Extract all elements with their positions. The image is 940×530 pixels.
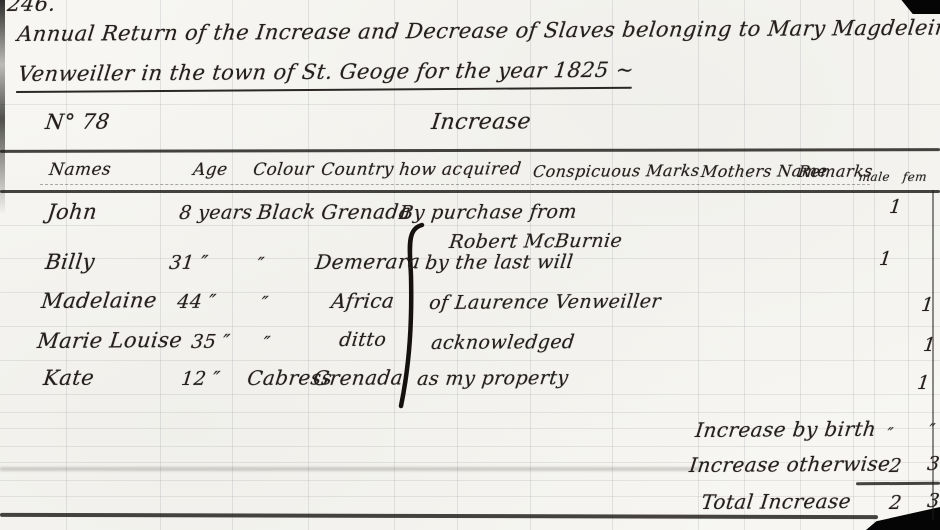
title-line-2: Venweiller in the town of St. Geoge for … [16, 58, 635, 93]
summary-total-increase-male: 2 [888, 492, 903, 514]
row-1-age: 8 years [178, 201, 254, 224]
summary-increase-by-birth-label: Increase by birth [694, 417, 878, 442]
section-heading: Increase [430, 109, 532, 135]
row-1-how-acquired: By purchase from [398, 201, 578, 224]
row-3-how-acquired: by the last will [424, 251, 574, 274]
header-male: male [858, 170, 891, 184]
header-female: fem [902, 170, 928, 184]
title-line-1: Annual Return of the Increase and Decrea… [16, 15, 940, 46]
row-5-female-count: 1 [922, 334, 937, 356]
summary-increase-by-birth-female: ″ [928, 420, 937, 439]
scanned-document-page: 246. Annual Return of the Increase and D… [0, 0, 940, 530]
header-conspicuous-marks: Conspicuous Marks [532, 161, 701, 181]
summary-increase-otherwise-female: 3 [926, 453, 940, 475]
summary-increase-otherwise-label: Increase otherwise [688, 452, 892, 477]
folio-number: 246. [6, 0, 57, 16]
row-4-how-acquired: of Laurence Venweiller [428, 290, 662, 314]
scan-edge-left [0, 0, 5, 215]
row-5-country: ditto [338, 329, 388, 351]
scan-edge-top-right [893, 0, 940, 14]
row-1-name: John [46, 200, 99, 224]
summary-increase-by-birth-male: ″ [886, 424, 895, 443]
divider-top [0, 148, 940, 153]
header-age: Age [192, 160, 229, 180]
divider-under-headers [0, 190, 940, 193]
row-6-how-acquired: as my property [416, 367, 570, 390]
row-3-colour: ″ [256, 254, 266, 275]
smudge-line [0, 467, 700, 471]
header-colour: Colour [252, 160, 315, 180]
row-3-age: 31 ″ [168, 252, 210, 274]
header-how-acquired: how acquired [398, 159, 522, 180]
row-1-male-count: 1 [888, 196, 903, 218]
header-country: Country [320, 159, 395, 180]
row-4-name: Madelaine [40, 288, 158, 313]
row-6-name: Kate [42, 366, 96, 390]
row-4-country: Africa [330, 289, 396, 313]
bottom-ruled-line [0, 513, 878, 519]
summary-increase-otherwise-male: 2 [888, 455, 903, 477]
row-4-female-count: 1 [920, 294, 935, 316]
row-5-how-acquired: acknowledged [430, 331, 576, 354]
summary-total-increase-label: Total Increase [700, 489, 852, 514]
row-6-country: Grenada [312, 365, 405, 390]
row-1-colour: Black [256, 200, 317, 224]
summary-underline [856, 482, 940, 486]
row-5-name: Marie Louise [36, 328, 184, 353]
header-names: Names [48, 160, 112, 180]
row-6-age: 12 ″ [180, 368, 222, 390]
row-4-colour: ″ [260, 293, 270, 314]
row-3-country: Demerara [314, 249, 422, 274]
summary-total-increase-female: 3 [926, 490, 940, 512]
row-2-how-acquired: Robert McBurnie [448, 230, 624, 253]
row-3-name: Billy [44, 250, 96, 274]
row-5-colour: ″ [262, 333, 272, 354]
header-leader-line [40, 184, 870, 185]
row-6-female-count: 1 [916, 372, 931, 394]
row-5-age: 35 ″ [190, 331, 232, 353]
row-4-age: 44 ″ [176, 291, 218, 313]
row-3-male-count: 1 [878, 248, 893, 270]
register-number: N° 78 [44, 110, 111, 134]
